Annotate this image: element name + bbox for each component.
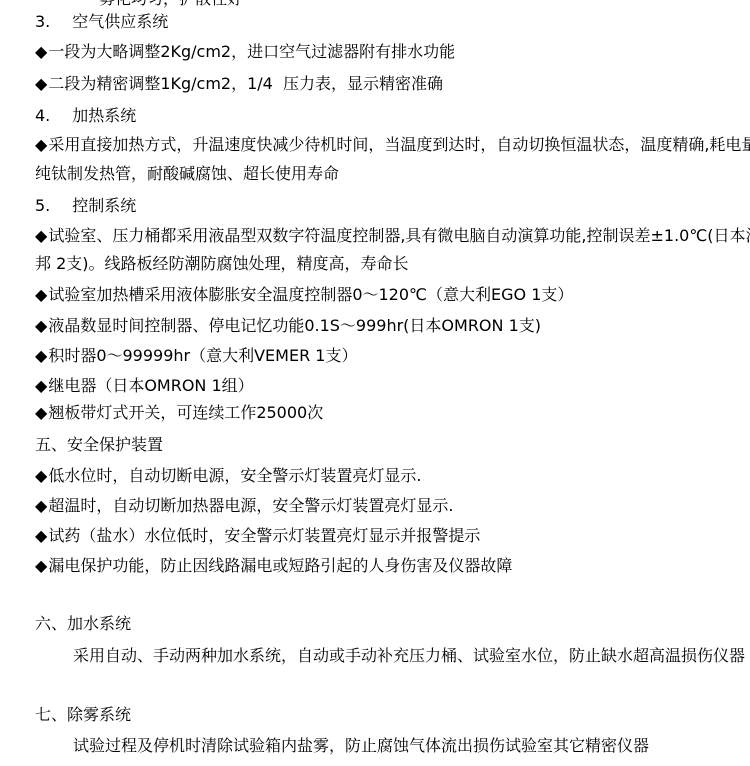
diamond-bullet-icon: ◆ bbox=[35, 75, 47, 93]
diamond-bullet-icon: ◆ bbox=[35, 527, 47, 545]
bullet-text: 液晶数显时间控制器、停电记忆功能0.1S～999hr(日本OMRON 1支) bbox=[48, 316, 541, 335]
bullet-text: 试验室加热槽采用液体膨胀安全温度控制器0～120℃（意大利EGO 1支） bbox=[48, 285, 573, 304]
diamond-bullet-icon: ◆ bbox=[35, 377, 47, 395]
bullet-text: 继电器（日本OMRON 1组） bbox=[48, 376, 253, 395]
section-heading-7cn: 七、除雾系统 bbox=[35, 706, 131, 724]
bullet-item: ◆二段为精密调整1Kg/cm2，1/4 压力表，显示精密准确 bbox=[35, 75, 443, 93]
clipped-text-line: 雾化均匀，扩散性好 bbox=[99, 0, 243, 8]
paragraph-continuation: 纯钛制发热管，耐酸碱腐蚀、超长使用寿命 bbox=[35, 165, 339, 183]
diamond-bullet-icon: ◆ bbox=[35, 286, 47, 304]
diamond-bullet-icon: ◆ bbox=[35, 317, 47, 335]
bullet-item: ◆积时器0～99999hr（意大利VEMER 1支） bbox=[35, 347, 357, 365]
section-paragraph: 采用自动、手动两种加水系统，自动或手动补充压力桶、试验室水位，防止缺水超高温损伤… bbox=[73, 647, 745, 665]
section-number: 4. bbox=[35, 107, 50, 125]
bullet-item: ◆超温时，自动切断加热器电源，安全警示灯装置亮灯显示. bbox=[35, 497, 453, 515]
bullet-text: 一段为大略调整2Kg/cm2，进口空气过滤器附有排水功能 bbox=[48, 42, 455, 61]
section-number: 5. bbox=[35, 197, 50, 215]
bullet-text: 积时器0～99999hr（意大利VEMER 1支） bbox=[48, 346, 357, 365]
bullet-item: ◆低水位时，自动切断电源，安全警示灯装置亮灯显示. bbox=[35, 467, 421, 485]
bullet-item: ◆试验室加热槽采用液体膨胀安全温度控制器0～120℃（意大利EGO 1支） bbox=[35, 286, 573, 304]
section-number: 3. bbox=[35, 13, 50, 31]
diamond-bullet-icon: ◆ bbox=[35, 43, 47, 61]
bullet-text: 翘板带灯式开关，可连续工作25000次 bbox=[48, 403, 323, 422]
bullet-text: 采用直接加热方式，升温速度快减少待机时间，当温度到达时，自动切换恒温状态，温度精… bbox=[48, 135, 750, 154]
section-heading-3: 3.空气供应系统 bbox=[35, 13, 168, 31]
diamond-bullet-icon: ◆ bbox=[35, 467, 47, 485]
bullet-text: 试验室、压力桶都采用液晶型双数字符温度控制器,具有微电脑自动演算功能,控制误差±… bbox=[48, 226, 750, 245]
diamond-bullet-icon: ◆ bbox=[35, 497, 47, 515]
bullet-text: 低水位时，自动切断电源，安全警示灯装置亮灯显示. bbox=[48, 466, 421, 485]
document-page: 雾化均匀，扩散性好 3.空气供应系统 ◆一段为大略调整2Kg/cm2，进口空气过… bbox=[0, 0, 750, 766]
diamond-bullet-icon: ◆ bbox=[35, 347, 47, 365]
section-paragraph: 试验过程及停机时清除试验箱内盐雾，防止腐蚀气体流出损伤试验室其它精密仪器 bbox=[73, 737, 649, 755]
bullet-item: ◆翘板带灯式开关，可连续工作25000次 bbox=[35, 404, 323, 422]
section-heading-4: 4.加热系统 bbox=[35, 107, 136, 125]
section-title: 控制系统 bbox=[72, 197, 136, 215]
diamond-bullet-icon: ◆ bbox=[35, 136, 47, 154]
section-title: 加热系统 bbox=[72, 107, 136, 125]
bullet-text: 试药（盐水）水位低时，安全警示灯装置亮灯显示并报警提示 bbox=[48, 526, 480, 545]
section-heading-6cn: 六、加水系统 bbox=[35, 615, 131, 633]
diamond-bullet-icon: ◆ bbox=[35, 227, 47, 245]
diamond-bullet-icon: ◆ bbox=[35, 404, 47, 422]
bullet-item: ◆漏电保护功能，防止因线路漏电或短路引起的人身伤害及仪器故障 bbox=[35, 557, 512, 575]
section-heading-5cn: 五、安全保护装置 bbox=[35, 436, 163, 454]
section-heading-5: 5.控制系统 bbox=[35, 197, 136, 215]
bullet-item: ◆继电器（日本OMRON 1组） bbox=[35, 377, 254, 395]
bullet-text: 漏电保护功能，防止因线路漏电或短路引起的人身伤害及仪器故障 bbox=[48, 556, 512, 575]
diamond-bullet-icon: ◆ bbox=[35, 557, 47, 575]
bullet-item: ◆一段为大略调整2Kg/cm2，进口空气过滤器附有排水功能 bbox=[35, 43, 455, 61]
bullet-item: ◆采用直接加热方式，升温速度快减少待机时间，当温度到达时，自动切换恒温状态，温度… bbox=[35, 136, 750, 154]
bullet-item: ◆试药（盐水）水位低时，安全警示灯装置亮灯显示并报警提示 bbox=[35, 527, 480, 545]
bullet-item: ◆试验室、压力桶都采用液晶型双数字符温度控制器,具有微电脑自动演算功能,控制误差… bbox=[35, 227, 750, 245]
bullet-item: ◆液晶数显时间控制器、停电记忆功能0.1S～999hr(日本OMRON 1支) bbox=[35, 317, 541, 335]
section-title: 空气供应系统 bbox=[72, 13, 168, 31]
bullet-text: 超温时，自动切断加热器电源，安全警示灯装置亮灯显示. bbox=[48, 496, 453, 515]
bullet-text: 二段为精密调整1Kg/cm2，1/4 压力表，显示精密准确 bbox=[48, 74, 443, 93]
paragraph-continuation: 邦 2支)。线路板经防潮防腐蚀处理，精度高，寿命长 bbox=[35, 255, 409, 273]
